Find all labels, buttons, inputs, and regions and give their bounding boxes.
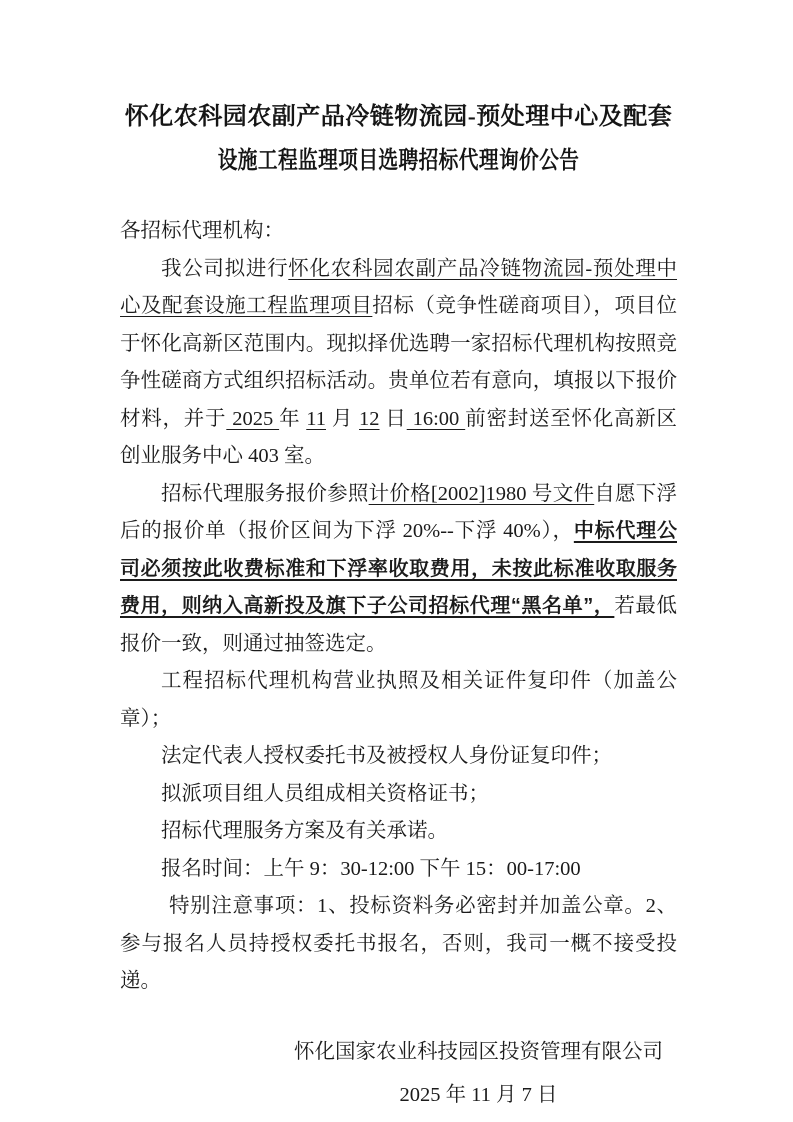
signature-company: 怀化国家农业科技园区投资管理有限公司 (294, 1031, 663, 1074)
fee-lead: 招标代理服务报价参照 (161, 483, 369, 505)
paragraph-intro: 我公司拟进行怀化农科园农副产品冷链物流园-预处理中心及配套设施工程监理项目招标（… (120, 251, 677, 476)
deadline-day-unit: 日 (380, 408, 407, 430)
requirement-item-team-certificates: 拟派项目组人员组成相关资格证书； (120, 776, 677, 814)
deadline-year-unit: 年 (279, 408, 306, 430)
document-content: 怀化农科园农副产品冷链物流园-预处理中心及配套设施工程监理项目选聘招标代理询价公… (0, 0, 793, 1117)
paragraph-fee: 招标代理服务报价参照计价格[2002]1980 号文件自愿下浮后的报价单（报价区… (120, 476, 677, 664)
signature-date: 2025 年 11 月 7 日 (294, 1074, 663, 1117)
requirement-item-license: 工程招标代理机构营业执照及相关证件复印件（加盖公章）； (120, 663, 677, 738)
registration-time: 报名时间：上午 9：30-12:00 下午 15：00-17:00 (120, 851, 677, 889)
document-page: 怀化农科园农副产品冷链物流园-预处理中心及配套设施工程监理项目选聘招标代理询价公… (0, 0, 793, 1122)
pricing-doc-ref-underlined: 计价格[2002]1980 号文件 (369, 483, 595, 505)
requirement-item-authorization: 法定代表人授权委托书及被授权人身份证复印件； (120, 738, 677, 776)
requirement-item-service-plan: 招标代理服务方案及有关承诺。 (120, 813, 677, 851)
deadline-time: 16:00 (407, 408, 465, 430)
deadline-month: 11 (306, 408, 326, 430)
signature-block: 怀化国家农业科技园区投资管理有限公司 2025 年 11 月 7 日 (294, 1031, 663, 1117)
deadline-month-unit: 月 (326, 408, 359, 430)
title-line-1: 怀化农科园农副产品冷链物流园-预处理中心及配套 (125, 104, 673, 130)
intro-lead: 我公司拟进行 (161, 258, 288, 280)
title-line-2: 设施工程监理项目选聘招标代理询价公告 (218, 139, 580, 183)
salutation: 各招标代理机构： (120, 213, 677, 251)
document-title: 怀化农科园农副产品冷链物流园-预处理中心及配套设施工程监理项目选聘招标代理询价公… (120, 95, 677, 183)
deadline-day: 12 (359, 408, 380, 430)
special-note: 特别注意事项：1、投标资料务必密封并加盖公章。2、参与报名人员持授权委托书报名，… (120, 888, 677, 1001)
deadline-year: 2025 (226, 408, 279, 430)
